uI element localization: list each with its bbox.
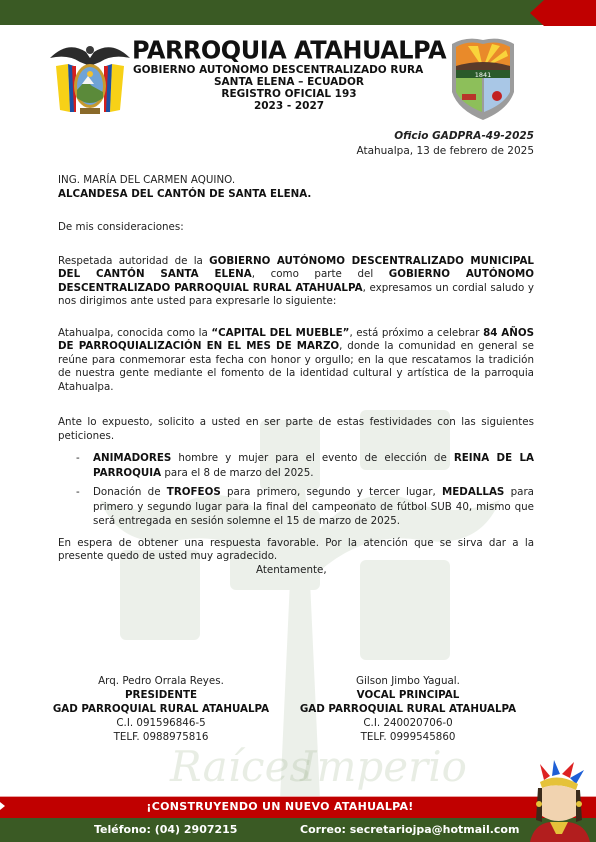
signer-role: VOCAL PRINCIPAL	[298, 688, 518, 702]
signature-block-vocal: Gilson Jimbo Yagual. VOCAL PRINCIPAL GAD…	[298, 674, 518, 744]
header-registry-line: REGISTRO OFICIAL 193	[130, 88, 448, 100]
paragraph-closing: En espera de obtener una respuesta favor…	[58, 537, 534, 564]
paragraph-anniversary: Atahualpa, conocida como la “CAPITAL DEL…	[58, 327, 534, 395]
signer-phone: TELF. 0988975816	[50, 730, 272, 744]
ecuador-coat-of-arms-icon	[46, 36, 134, 122]
greeting: De mis consideraciones:	[58, 221, 534, 235]
closing-salutation: Atentamente,	[58, 564, 534, 578]
letterhead: PARROQUIA ATAHUALPA GOBIERNO AUTÓNOMO DE…	[130, 36, 448, 112]
top-green-bar	[0, 0, 596, 25]
requests-list: -ANIMADORES hombre y mujer para el event…	[58, 451, 534, 529]
signer-organization: GAD PARROQUIAL RURAL ATAHUALPA	[50, 702, 272, 716]
signer-phone: TELF. 0999545860	[298, 730, 518, 744]
letter-reference: Oficio GADPRA-49-2025 Atahualpa, 13 de f…	[356, 129, 534, 159]
signer-name: Arq. Pedro Orrala Reyes.	[50, 674, 272, 688]
paragraph-request: Ante lo expuesto, solicito a usted en se…	[58, 416, 534, 443]
request-item: -ANIMADORES hombre y mujer para el event…	[58, 451, 534, 480]
inca-chief-illustration-icon	[522, 760, 596, 842]
paragraph-intro: Respetada autoridad de la GOBIERNO AUTÓN…	[58, 255, 534, 309]
request-item: -Donación de TROFEOS para primero, segun…	[58, 485, 534, 529]
top-red-corner	[530, 0, 596, 26]
signature-block-president: Arq. Pedro Orrala Reyes. PRESIDENTE GAD …	[50, 674, 272, 744]
oficio-number: Oficio GADPRA-49-2025	[356, 129, 534, 144]
footer-email[interactable]: Correo: secretariojpa@hotmail.com	[300, 823, 519, 836]
header-location-line: SANTA ELENA – ECUADOR	[130, 76, 448, 88]
header-period-line: 2023 - 2027	[130, 100, 448, 112]
header-government-line: GOBIERNO AUTÓNOMO DESCENTRALIZADO RURA	[130, 64, 453, 76]
signer-id: C.I. 240020706-0	[298, 716, 518, 730]
signer-role: PRESIDENTE	[50, 688, 272, 702]
atahualpa-parish-shield-icon: 1841	[448, 36, 518, 122]
recipient-title: ALCANDESA DEL CANTÓN DE SANTA ELENA.	[58, 188, 311, 200]
watermark-text-left: Raíces	[170, 742, 311, 791]
svg-text:1841: 1841	[475, 71, 492, 79]
footer-phone: Teléfono: (04) 2907215	[94, 823, 237, 836]
place-and-date: Atahualpa, 13 de febrero de 2025	[356, 144, 534, 159]
letter-body: ING. MARÍA DEL CARMEN AQUINO. ALCANDESA …	[58, 174, 534, 577]
signer-name: Gilson Jimbo Yagual.	[298, 674, 518, 688]
parish-title: PARROQUIA ATAHUALPA	[130, 35, 448, 64]
recipient-name: ING. MARÍA DEL CARMEN AQUINO.	[58, 174, 534, 188]
watermark-text-right: Imperio	[300, 742, 467, 791]
footer-slogan: ¡CONSTRUYENDO UN NUEVO ATAHUALPA!	[0, 800, 560, 813]
signer-id: C.I. 091596846-5	[50, 716, 272, 730]
signer-organization: GAD PARROQUIAL RURAL ATAHUALPA	[298, 702, 518, 716]
